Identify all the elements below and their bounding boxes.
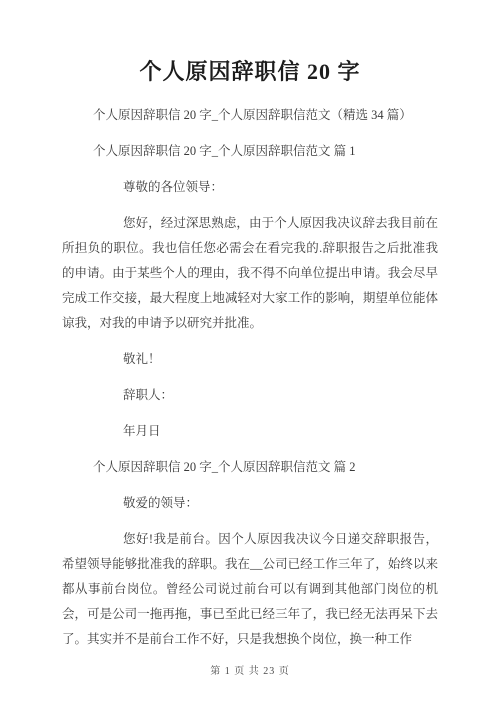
document-body: 个人原因辞职信 20 字_个人原因辞职信范文（精选 34 篇） 个人原因辞职信 …: [0, 87, 500, 652]
paragraph-body: 您好，经过深思熟虑，由于个人原因我决议辞去我目前在所担负的职位。我也信任您必需会…: [62, 211, 438, 336]
document-title: 个人原因辞职信 20 字: [0, 0, 500, 87]
paragraph-date: 年月日: [62, 419, 438, 444]
paragraph-closing: 敬礼！: [62, 347, 438, 372]
document-page: 个人原因辞职信 20 字 个人原因辞职信 20 字_个人原因辞职信范文（精选 3…: [0, 0, 500, 707]
paragraph-body: 您好!我是前台。因个人原因我决议今日递交辞职报告，希望领导能够批准我的辞职。我在…: [62, 527, 438, 652]
paragraph-salutation: 尊敬的各位领导：: [62, 175, 438, 200]
paragraph-salutation: 敬爱的领导：: [62, 491, 438, 516]
section-heading: 个人原因辞职信 20 字_个人原因辞职信范文 篇 2: [62, 455, 438, 480]
section-heading: 个人原因辞职信 20 字_个人原因辞职信范文 篇 1: [62, 139, 438, 164]
section-heading: 个人原因辞职信 20 字_个人原因辞职信范文（精选 34 篇）: [62, 103, 438, 128]
page-number: 第 1 页 共 23 页: [0, 665, 500, 679]
paragraph-signature: 辞职人：: [62, 383, 438, 408]
